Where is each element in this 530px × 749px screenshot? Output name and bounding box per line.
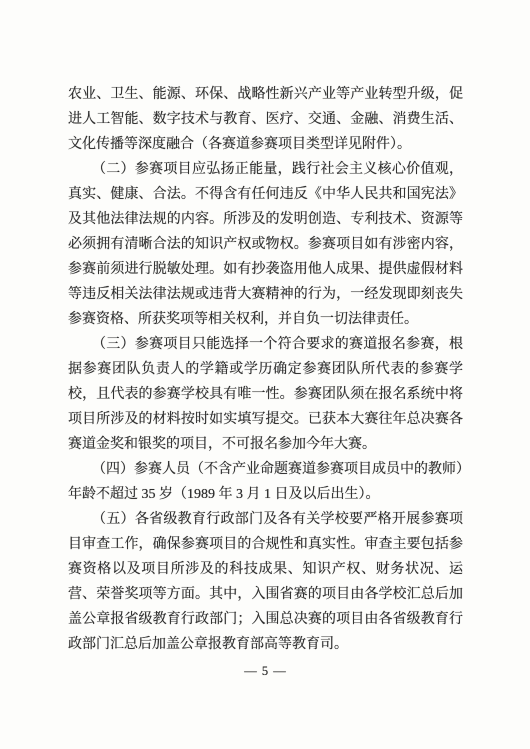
text-line: 目审查工作，确保参赛项目的合规性和真实性。审查主要包括参 [68,532,463,557]
text-line: 政部门汇总后加盖公章报教育部高等教育司。 [68,632,463,657]
text-line: 参赛前须进行脱敏处理。如有抄袭盗用他人成果、提供虚假材料 [68,257,463,282]
document-page: 农业、卫生、能源、环保、战略性新兴产业等产业转型升级，促进人工智能、数字技术与教… [0,0,530,749]
document-text: 农业、卫生、能源、环保、战略性新兴产业等产业转型升级，促进人工智能、数字技术与教… [68,82,463,657]
text-line: 农业、卫生、能源、环保、战略性新兴产业等产业转型升级，促 [68,82,463,107]
text-line: 项目所涉及的材料按时如实填写提交。已获本大赛往年总决赛各 [68,407,463,432]
page-number: — 5 — [68,661,463,681]
text-line: 必须拥有清晰合法的知识产权或物权。参赛项目如有涉密内容， [68,232,463,257]
text-line: 及其他法律法规的内容。所涉及的发明创造、专利技术、资源等 [68,207,463,232]
text-line: （五）各省级教育行政部门及各有关学校要严格开展参赛项 [68,507,463,532]
text-line: （四）参赛人员（不含产业命题赛道参赛项目成员中的教师） [68,457,463,482]
text-line: 参赛资格、所获奖项等相关权利，并自负一切法律责任。 [68,307,463,332]
text-line: 等违反相关法律法规或违背大赛精神的行为，一经发现即刻丧失 [68,282,463,307]
text-line: 据参赛团队负责人的学籍或学历确定参赛团队所代表的参赛学 [68,357,463,382]
text-line: 年龄不超过 35 岁（1989 年 3 月 1 日及以后出生）。 [68,482,463,507]
text-line: 进人工智能、数字技术与教育、医疗、交通、金融、消费生活、 [68,107,463,132]
text-line: （三）参赛项目只能选择一个符合要求的赛道报名参赛，根 [68,332,463,357]
text-line: 校，且代表的参赛学校具有唯一性。参赛团队须在报名系统中将 [68,382,463,407]
text-line: 营、荣誉奖项等方面。其中，入围省赛的项目由各学校汇总后加 [68,582,463,607]
text-line: 文化传播等深度融合（各赛道参赛项目类型详见附件）。 [68,132,463,157]
text-line: （二）参赛项目应弘扬正能量，践行社会主义核心价值观， [68,157,463,182]
text-line: 真实、健康、合法。不得含有任何违反《中华人民共和国宪法》 [68,182,463,207]
text-line: 赛道金奖和银奖的项目，不可报名参加今年大赛。 [68,432,463,457]
text-line: 赛资格以及项目所涉及的科技成果、知识产权、财务状况、运 [68,557,463,582]
text-line: 盖公章报省级教育行政部门；入围总决赛的项目由各省级教育行 [68,607,463,632]
